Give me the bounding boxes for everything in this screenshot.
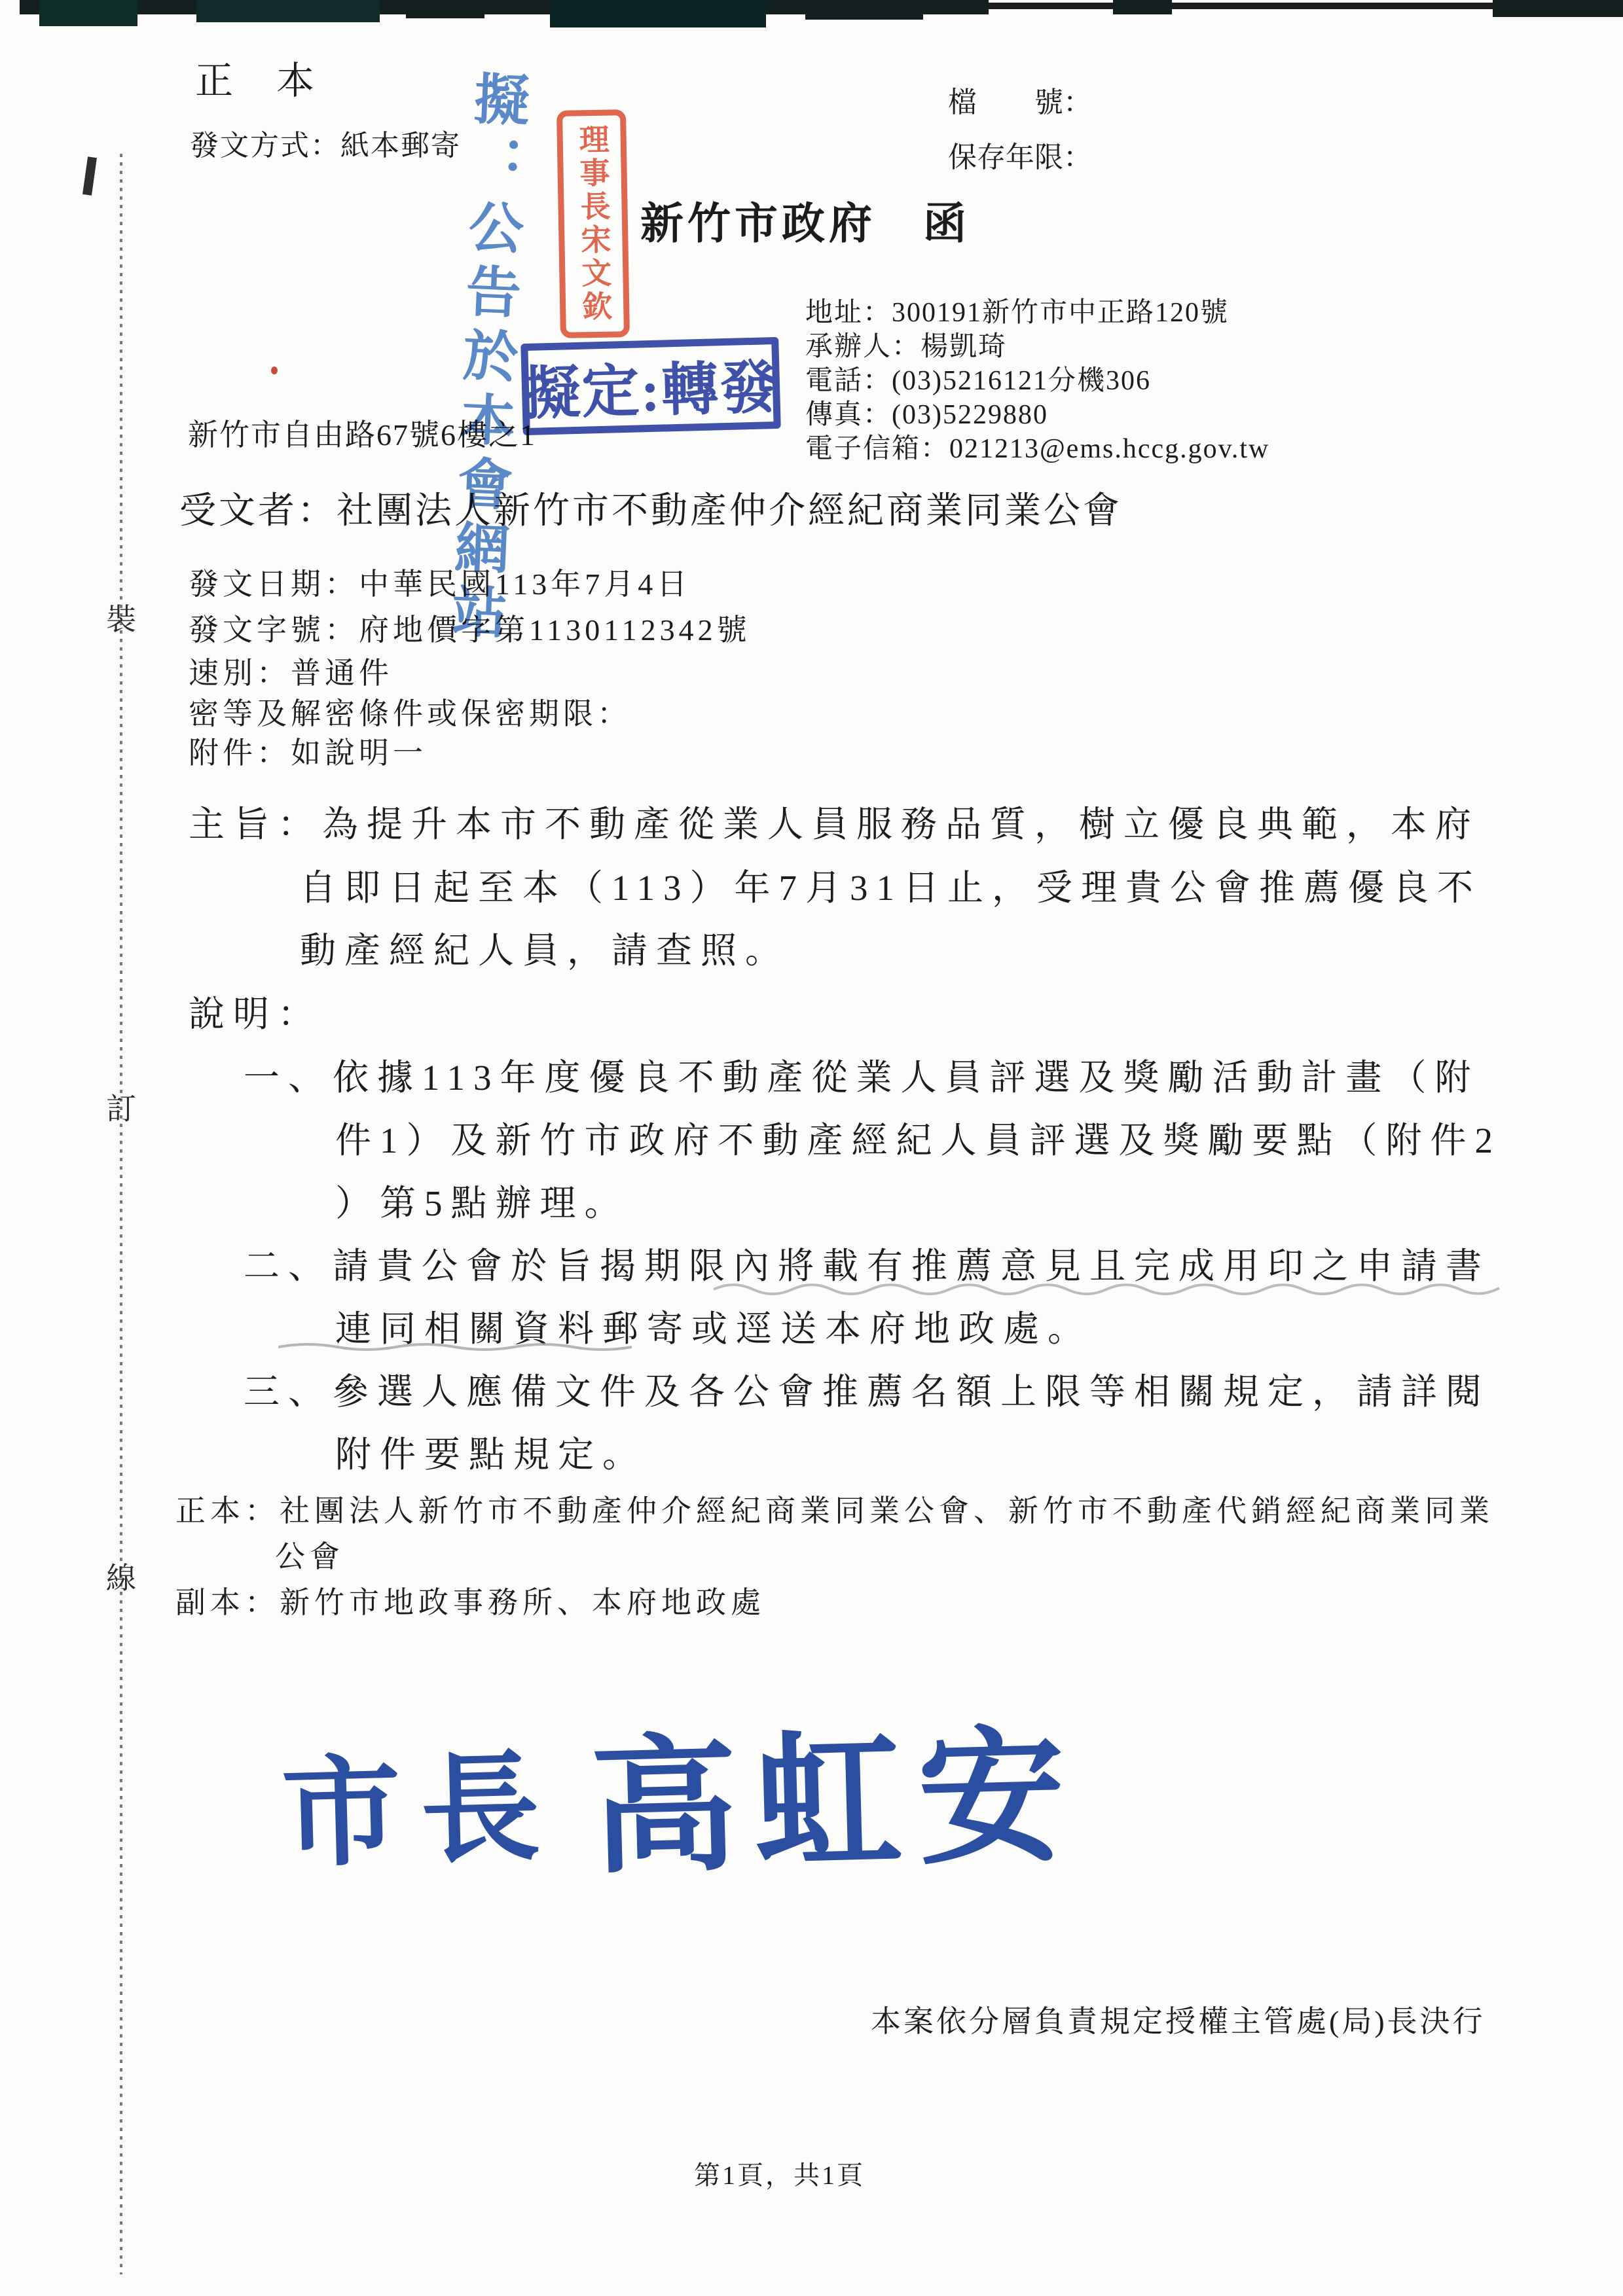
chairman-stamp: 理事長宋文欽 [556,109,630,338]
explanation-item1-line2: 件1）及新竹市政府不動產經紀人員評選及獎勵要點（附件2 [335,1111,1501,1163]
copy-type-label: 正 本 [195,50,317,105]
subject-line-1: 主旨：為提升本市不動產從業人員服務品質，樹立優良典範，本府 [189,795,1480,847]
explanation-item3-line2: 附件要點規定。 [335,1426,647,1477]
explanation-item1-line1: 一、依據113年度優良不動產從業人員評選及獎勵活動計畫（附 [244,1049,1479,1100]
file-number-label: 檔 號： [948,79,1092,120]
pencil-underline-2 [278,1339,635,1355]
handwritten-note: 擬：公告於本會網站 [429,69,538,752]
cc-original-line1: 正本：社團法人新竹市不動產仲介經紀商業同業公會、新竹市不動產代銷經紀商業同業 [175,1487,1494,1530]
pencil-underline-1 [710,1278,1509,1297]
document-title: 新竹市政府 函 [640,188,970,251]
binding-mark-ding: 訂 [98,1085,144,1128]
retention-period-label: 保存年限： [948,134,1092,175]
subject-line-3: 動產經紀人員，請查照。 [300,922,790,973]
sender-fax: 傳真：(03)5229880 [805,398,1269,432]
page-number: 第1頁，共1頁 [694,2155,865,2192]
meta-security: 密等及解密條件或保密期限： [189,690,631,733]
sender-contact-person: 承辦人：楊凱琦 [805,330,1269,364]
sender-phone: 電話：(03)5216121分機306 [805,364,1269,398]
scanned-official-letter: 裝 訂 線 正 本 發文方式：紙本郵寄 檔 號： 保存年限： 新竹市政府 函 地… [0,0,1623,2296]
explanation-label: 說明： [189,985,322,1037]
sender-email: 電子信箱：021213@ems.hccg.gov.tw [805,432,1269,466]
sender-contact-block: 地址：300191新竹市中正路120號 承辦人：楊凱琦 電話：(03)52161… [805,296,1269,466]
sender-address: 地址：300191新竹市中正路120號 [805,296,1269,330]
meta-speed-class: 速別：普通件 [189,649,393,692]
delivery-method: 發文方式：紙本郵寄 [190,122,461,164]
meta-attachment: 附件：如說明一 [189,729,427,772]
subject-line-2: 自即日起至本（113）年7月31日止，受理貴公會推薦優良不 [300,859,1482,910]
cc-copy-line: 副本：新竹市地政事務所、本府地政處 [175,1579,765,1622]
delegation-note: 本案依分層負責規定授權主管處(局)長決行 [871,1998,1486,2041]
scan-artifact-top [0,0,1623,30]
mayor-signature: 市長 高虹安 [279,1678,1084,1910]
cc-original-line2: 公會 [275,1533,344,1576]
binding-mark-xian: 線 [98,1554,144,1598]
recipient-line: 受文者：社團法人新竹市不動產仲介經紀商業同業公會 [179,482,1122,534]
ink-dot-artifact [271,367,278,374]
action-stamp: 擬定:轉發 [520,337,781,435]
binding-mark-zhuang: 裝 [98,596,144,639]
explanation-item1-line3: ）第5點辦理。 [335,1174,629,1226]
scan-artifact-mark [82,156,97,195]
explanation-item3-line1: 三、參選人應備文件及各公會推薦名額上限等相關規定，請詳閱 [244,1363,1490,1414]
signature-title: 市長 [280,1712,562,1890]
binding-dotted-line [120,154,122,2274]
signature-name: 高虹安 [588,1678,1084,1902]
